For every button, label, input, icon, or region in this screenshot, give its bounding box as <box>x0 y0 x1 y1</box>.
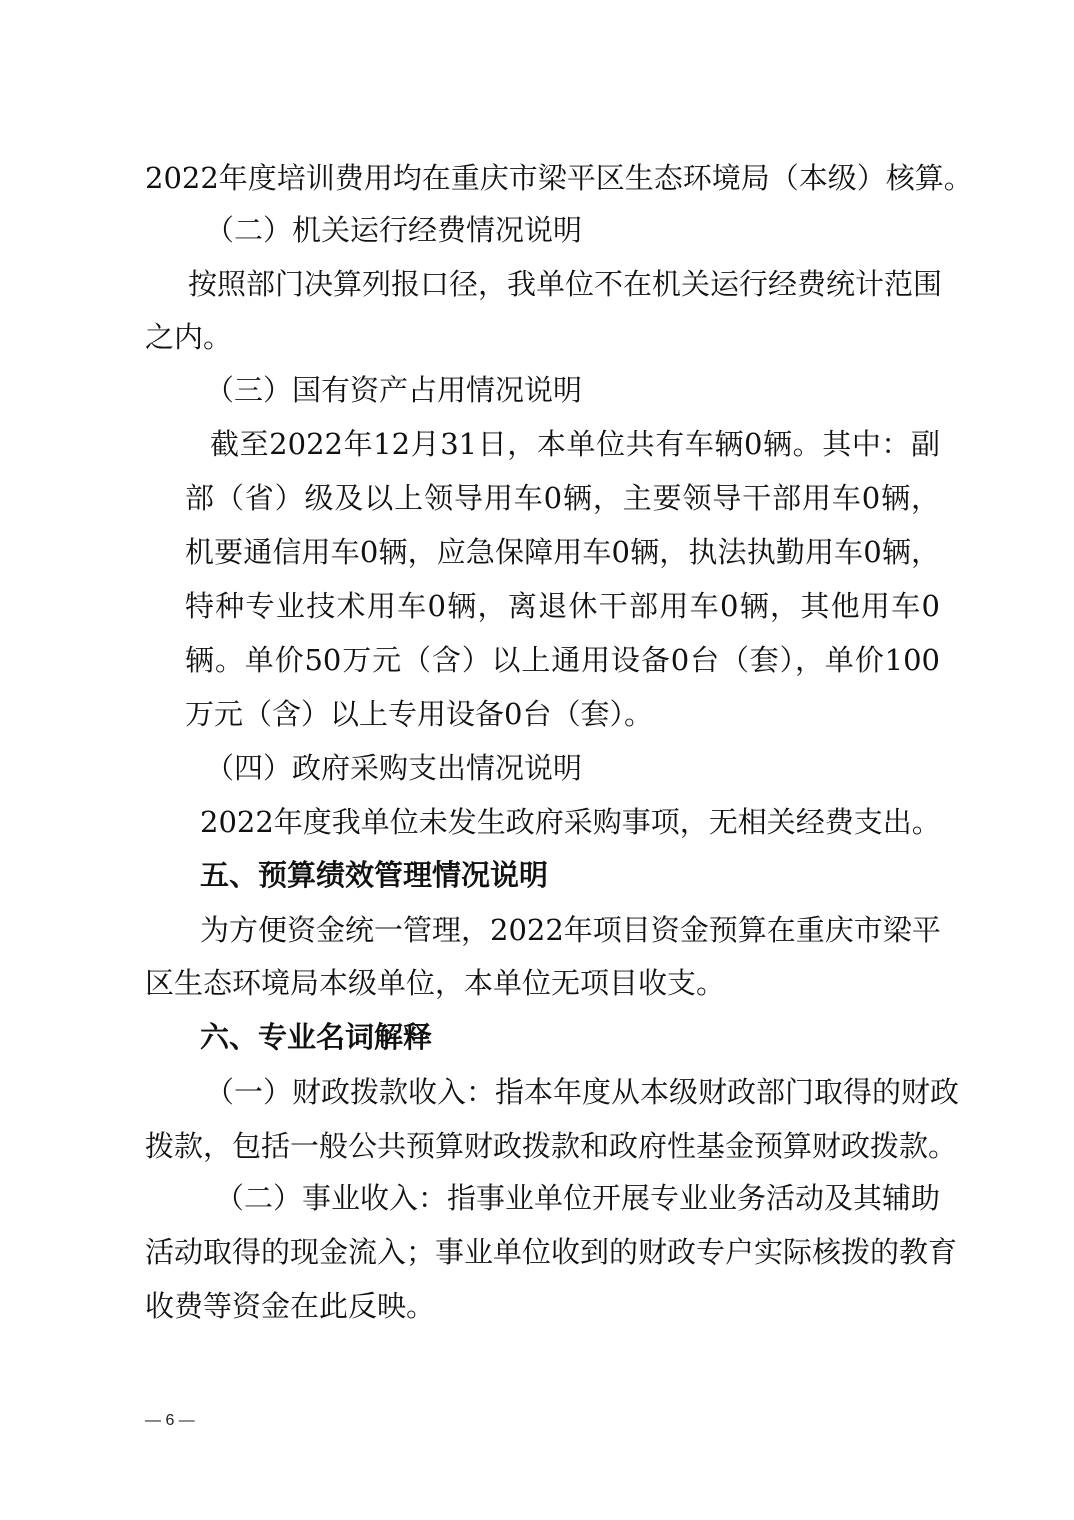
paragraph-line: 拨款，包括一般公共预算财政拨款和政府性基金预算财政拨款。 <box>145 1128 940 1164</box>
section-heading: （三）国有资产占用情况说明 <box>205 372 582 408</box>
section-heading: （二）机关运行经费情况说明 <box>205 212 582 248</box>
paragraph-line: 部（省）级及以上领导用车0辆，主要领导干部用车0辆， <box>185 480 940 516</box>
paragraph-line: 之内。 <box>145 319 232 355</box>
paragraph-line: 活动取得的现金流入；事业单位收到的财政专户实际核拨的教育 <box>145 1234 940 1270</box>
paragraph-line: 万元（含）以上专用设备0台（套）。 <box>185 696 653 732</box>
section-heading: （四）政府采购支出情况说明 <box>205 750 582 786</box>
paragraph-line: 按照部门决算列报口径，我单位不在机关运行经费统计范围 <box>188 266 940 302</box>
page-number: — 6 — <box>145 1412 195 1430</box>
paragraph-line: 区生态环境局本级单位，本单位无项目收支。 <box>145 965 725 1001</box>
paragraph-line: 2022年度培训费用均在重庆市梁平区生态环境局（本级）核算。 <box>145 160 940 196</box>
paragraph-line: （二）事业收入：指事业单位开展专业业务活动及其辅助 <box>215 1180 940 1216</box>
paragraph-line: （一）财政拨款收入：指本年度从本级财政部门取得的财政 <box>205 1074 940 1110</box>
paragraph-line: 辆。单价50万元（含）以上通用设备0台（套），单价100 <box>185 642 940 678</box>
paragraph-line: 为方便资金统一管理，2022年项目资金预算在重庆市梁平 <box>200 912 940 948</box>
paragraph-line: 截至2022年12月31日，本单位共有车辆0辆。其中：副 <box>210 426 940 462</box>
paragraph-line: 收费等资金在此反映。 <box>145 1288 435 1324</box>
chapter-heading: 六、专业名词解释 <box>200 1019 432 1055</box>
paragraph-line: 特种专业技术用车0辆，离退休干部用车0辆，其他用车0 <box>185 588 940 624</box>
paragraph-line: 机要通信用车0辆，应急保障用车0辆，执法执勤用车0辆， <box>185 534 940 570</box>
chapter-heading: 五、预算绩效管理情况说明 <box>200 857 548 893</box>
paragraph-line: 2022年度我单位未发生政府采购事项，无相关经费支出。 <box>200 804 940 840</box>
